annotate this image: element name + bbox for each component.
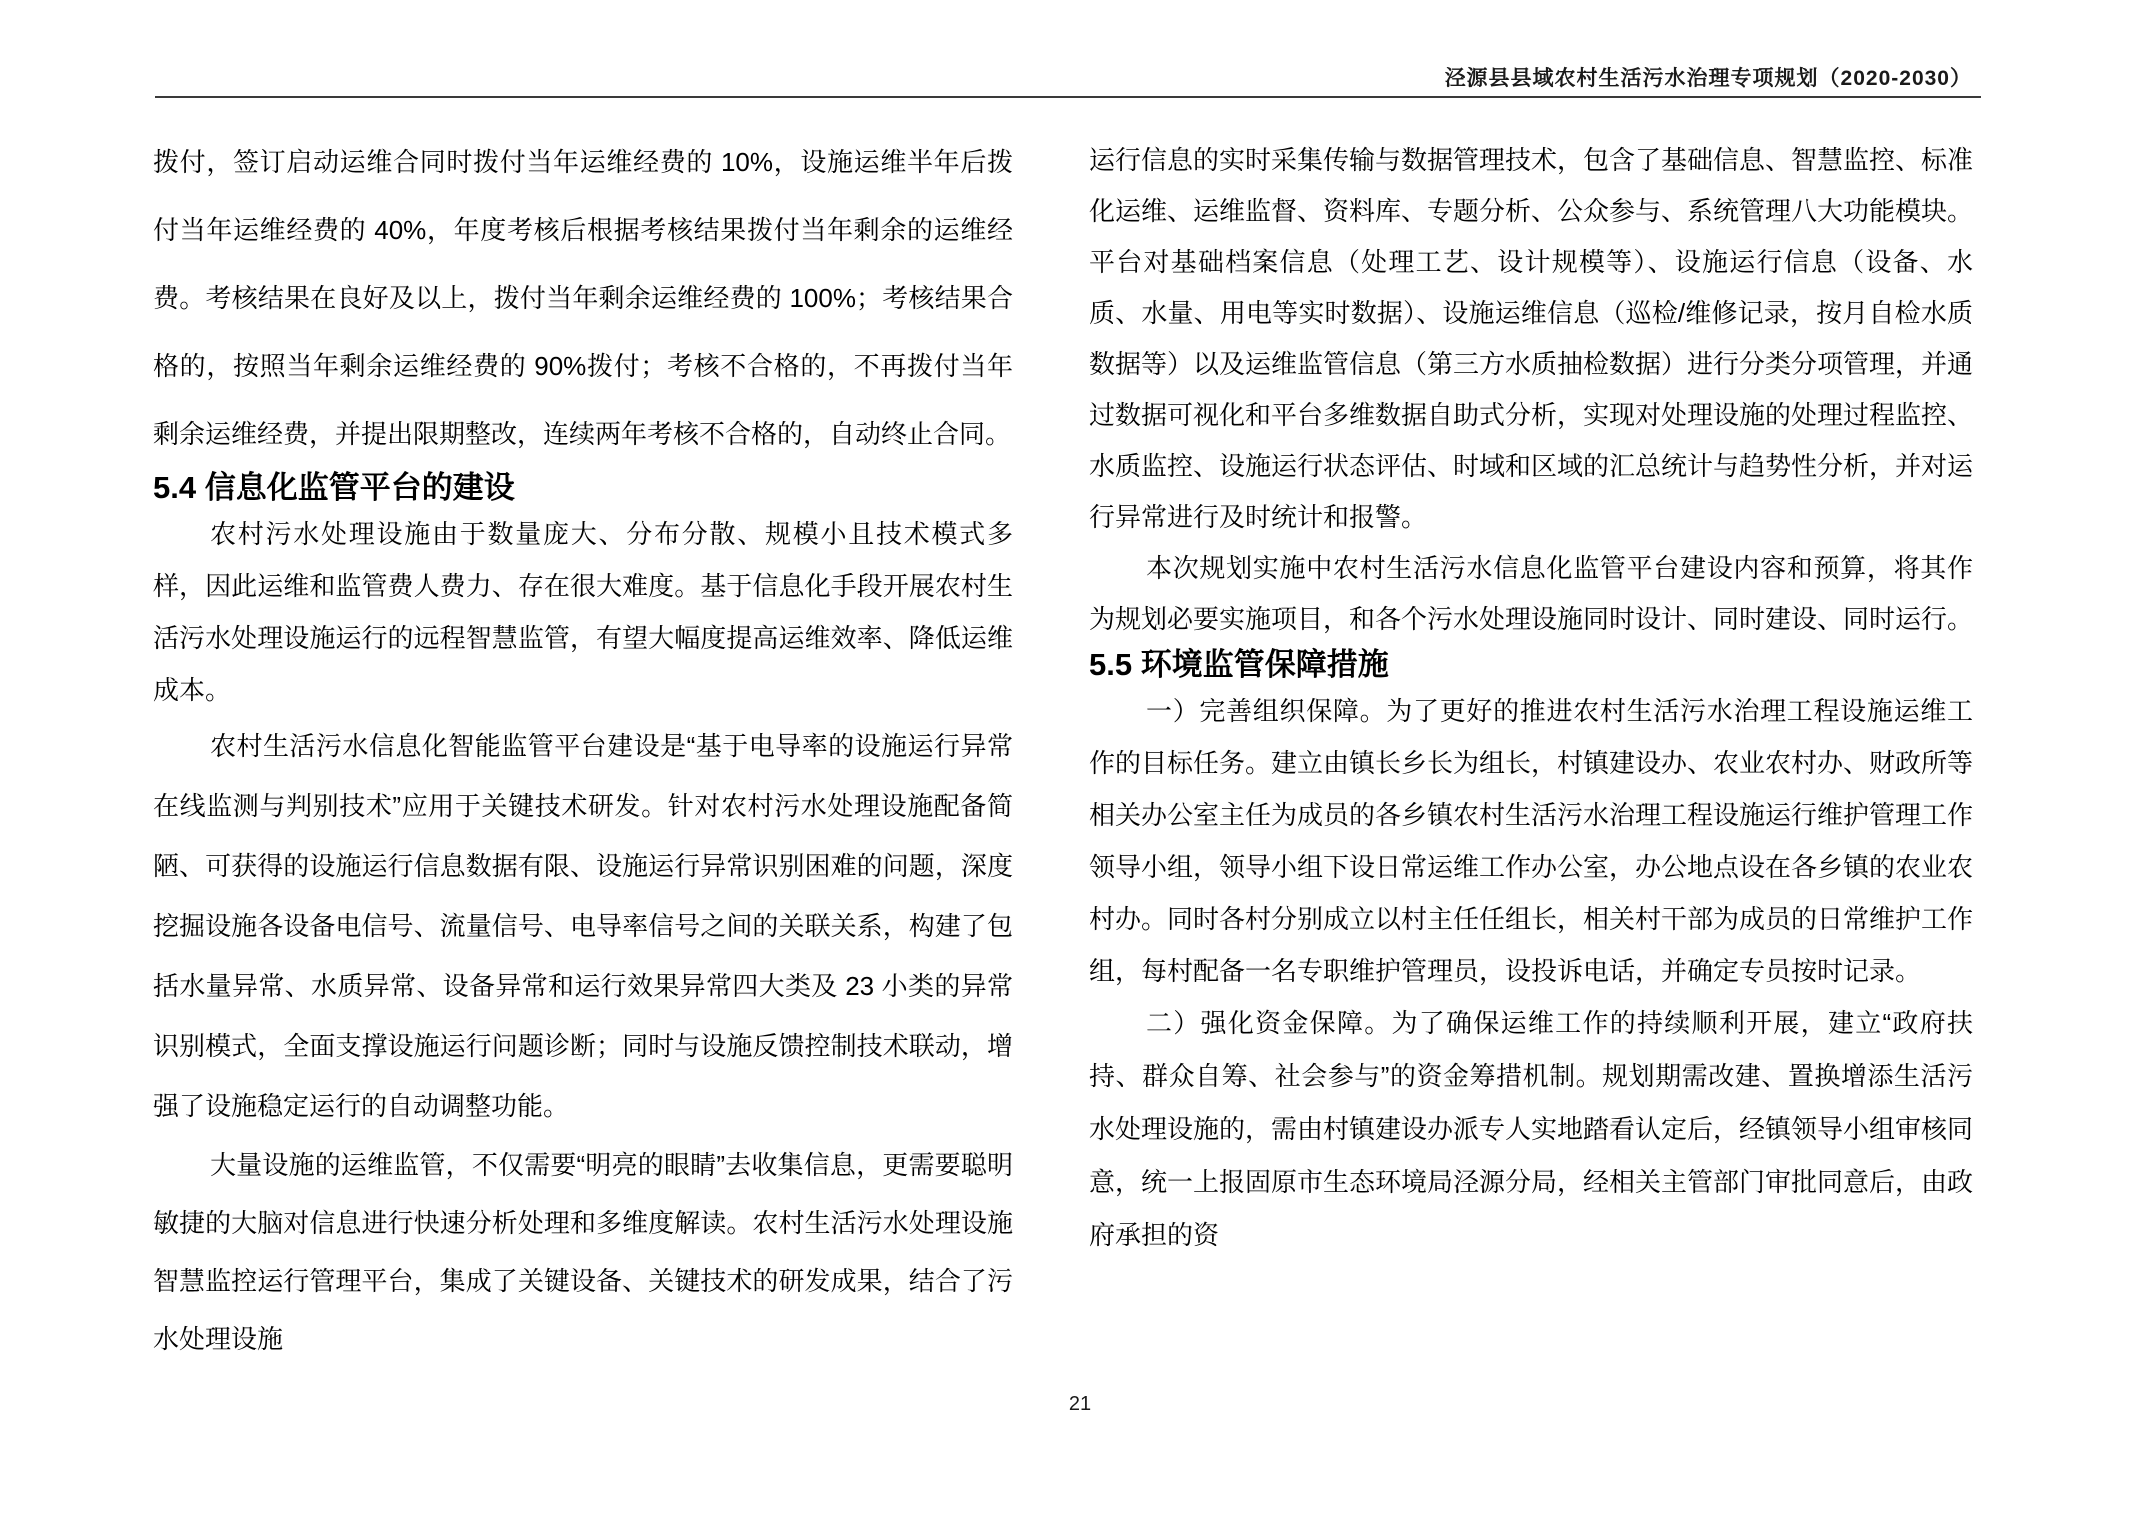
header-rule xyxy=(155,96,1981,98)
document-page: 泾源县县域农村生活污水治理专项规划（2020-2030） 拨付，签订启动运维合同… xyxy=(0,0,2144,1515)
section-heading-5-4: 5.4 信息化监管平台的建设 xyxy=(153,468,1013,508)
right-column: 运行信息的实时采集传输与数据管理技术，包含了基础信息、智慧监控、标准化运维、运维… xyxy=(1089,128,1973,1368)
paragraph-monitoring-technology: 农村生活污水信息化智能监管平台建设是“基于电导率的设施运行异常在线监测与判别技术… xyxy=(153,716,1013,1136)
paragraph-smart-platform: 大量设施的运维监管，不仅需要“明亮的眼睛”去收集信息，更需要聪明敏捷的大脑对信息… xyxy=(153,1136,1013,1368)
paragraph-funding-carryover: 拨付，签订启动运维合同时拨付当年运维经费的 10%，设施运维半年后拨付当年运维经… xyxy=(153,128,1013,468)
section-heading-5-5: 5.5 环境监管保障措施 xyxy=(1089,645,1973,685)
paragraph-funding-guarantee: 二）强化资金保障。为了确保运维工作的持续顺利开展，建立“政府扶持、群众自筹、社会… xyxy=(1089,997,1973,1262)
page-number: 21 xyxy=(0,1393,2144,1416)
left-column: 拨付，签订启动运维合同时拨付当年运维经费的 10%，设施运维半年后拨付当年运维经… xyxy=(153,128,1013,1368)
header-title: 泾源县县域农村生活污水治理专项规划（2020-2030） xyxy=(1445,62,1972,92)
paragraph-plan-implementation: 本次规划实施中农村生活污水信息化监管平台建设内容和预算，将其作为规划必要实施项目… xyxy=(1089,543,1973,645)
paragraph-organization-guarantee: 一）完善组织保障。为了更好的推进农村生活污水治理工程设施运维工作的目标任务。建立… xyxy=(1089,685,1973,997)
paragraph-info-platform-intro: 农村污水处理设施由于数量庞大、分布分散、规模小且技术模式多样，因此运维和监管费人… xyxy=(153,508,1013,716)
paragraph-platform-modules: 运行信息的实时采集传输与数据管理技术，包含了基础信息、智慧监控、标准化运维、运维… xyxy=(1089,135,1973,543)
two-column-body: 拨付，签订启动运维合同时拨付当年运维经费的 10%，设施运维半年后拨付当年运维经… xyxy=(153,128,1973,1368)
